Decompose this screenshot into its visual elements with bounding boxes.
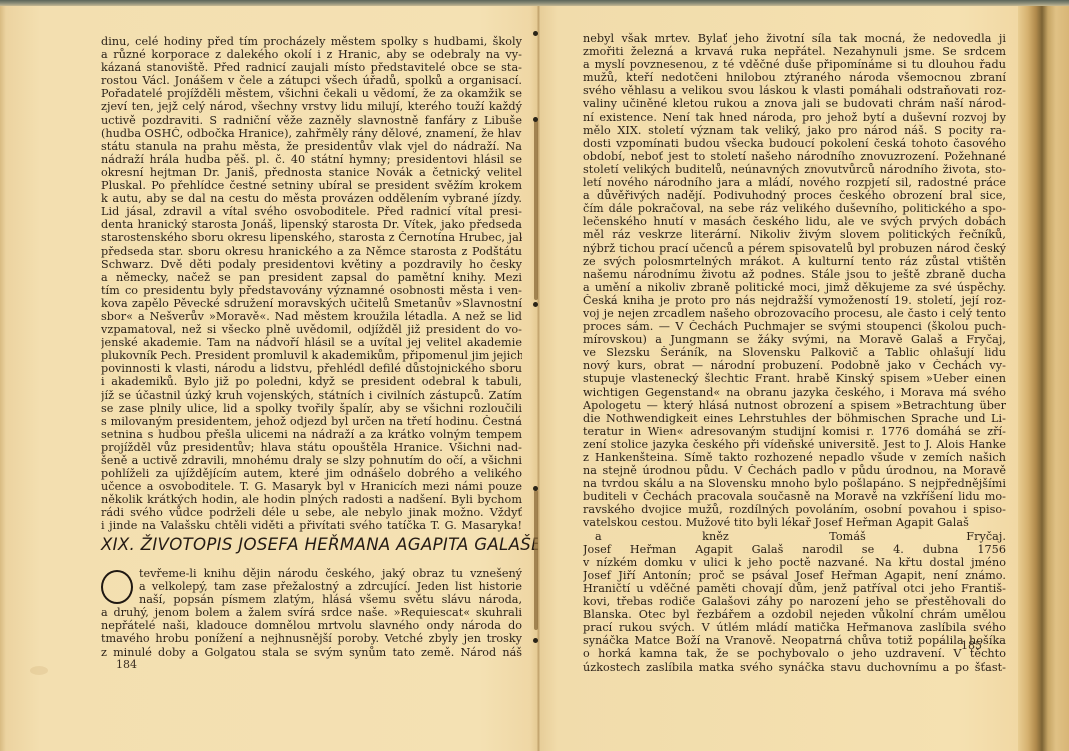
text-line: prací rukou svých. V útlém mládí matička… [583, 621, 1006, 634]
text-line: rostou Václ. Jonášem v čele a zátupci vš… [101, 74, 522, 87]
text-line: teratur in Wien« adresovaným studijní ko… [583, 425, 1006, 438]
text-line: tevřeme-li knihu dějin národu českého, j… [101, 567, 522, 580]
text-line: čím dále pokračoval, na sebe ráz velikéh… [583, 202, 1006, 215]
text-line: valiny učiněné kletou rukou a znova jali… [583, 97, 1006, 110]
text-line: proces sám. — V Čechách Puchmajer se svý… [583, 320, 1006, 333]
text-line: o horká kamna tak, že se pochybovalo o j… [583, 647, 1006, 660]
text-line: ní existence. Není tak hned národa, pro … [583, 111, 1006, 124]
text-line: nýbrž tichou prací učenců a pérem spisov… [583, 242, 1006, 255]
text-line: a různé korporace z dalekého okolí i z H… [101, 48, 522, 61]
text-line: letí nového národního jara a mládí, nové… [583, 176, 1006, 189]
text-line: předseda star. sboru okresu hranického a… [101, 245, 522, 258]
text-line: nepřátelé naši, kladouce domnělou mrtvol… [101, 619, 522, 632]
text-line: měl ráz veskrze literární. Nikoliv živým… [583, 228, 1006, 241]
right-page: nebyl však mrtev. Bylať jeho životní síl… [538, 6, 1018, 751]
text-line: z minulé doby a Golgatou stala se svým s… [101, 646, 522, 659]
text-line: tím co presidentu byly představovány výz… [101, 284, 522, 297]
text-line: a německy, načež se pan president zapsal… [101, 271, 522, 284]
text-line: die Nothwendigkeit eines Lehrstuhles der… [583, 412, 1006, 425]
text-line: wichtigen Gegenstand« na obranu jazyka č… [583, 386, 1006, 399]
text-line: se zase plnily ulice, lid a spolky tvoři… [101, 402, 522, 415]
text-line: okresní hejtman Dr. Janiš, přednosta sta… [101, 166, 522, 179]
text-line: sbor« a Nešverův »Moravě«. Nad městem kr… [101, 310, 522, 323]
text-line: tmavého hrobu ponížení a nejhnusnější po… [101, 632, 522, 645]
binding-thread-hole [533, 31, 538, 36]
text-line: Pořadatelé projížděli městem, všichni če… [101, 87, 522, 100]
binding-thread-hole [533, 638, 538, 643]
text-line: Česká kniha je proto pro nás nejdražší v… [583, 294, 1006, 307]
binding-thread-hole [533, 117, 538, 122]
text-line: Schwarz. Dvě děti podaly presidentovi kv… [101, 258, 522, 271]
text-line: a umění a nikoliv zbraně politické moci,… [583, 281, 1006, 294]
text-line: naší, popsán písmem zlatým, hlásá všemu … [101, 593, 522, 606]
chapter-intro-text: tevřeme-li knihu dějin národu českého, j… [101, 567, 522, 659]
text-line: a myslí povznesenou, z té vděčné duše př… [583, 58, 1006, 71]
text-line: zjeví ten, jejž celý národ, všechny vrst… [101, 100, 522, 113]
text-line: plukovník Pech. President promluvil k ak… [101, 349, 522, 362]
text-line: Hraničtí u vděčné paměti chovají dům, je… [583, 582, 1006, 595]
text-line: učence a osvoboditele. T. G. Masaryk byl… [101, 480, 522, 493]
text-line: setnina s hudbou přešla ulicemi na nádra… [101, 428, 522, 441]
chapter-heading: XIX. ŽIVOTOPIS JOSEFA HEŘMANA AGAPITA GA… [101, 535, 522, 554]
text-line: nádraží hrála hudba pěš. pl. č. 40 státn… [101, 153, 522, 166]
text-line: a druhý, jenom bolem a žalem svírá srdce… [101, 606, 522, 619]
paper-stain [808, 164, 820, 172]
text-line: (hudba OSHČ, odbočka Hranice), zahřměly … [101, 127, 522, 140]
text-line: Lid jásal, zdravil a vítal svého osvobod… [101, 205, 522, 218]
text-line: rádi svého vůdce podrželi déle u sebe, a… [101, 506, 522, 519]
text-line: na stejně úrodnou půdu. V Čechách padlo … [583, 464, 1006, 477]
text-line: kova zapělo Pěvecké sdružení moravských … [101, 297, 522, 310]
text-line: a důvěřivých nadějí. Podivuhodný proces … [583, 189, 1006, 202]
text-line: vzpamatoval, než si všecko plně uvědomil… [101, 323, 522, 336]
text-line: i jinde na Valašsku chtěli viděti a přiv… [101, 519, 522, 532]
text-line: mírovskou) a Jungmann se žáky svými, na … [583, 333, 1006, 346]
text-line: pohlíželi za ujíždějícím autem, které ji… [101, 467, 522, 480]
binding-thread-hole [533, 302, 538, 307]
text-line: dosti vzpomínati budou všecka budoucí po… [583, 137, 1006, 150]
paper-stain [30, 666, 48, 675]
text-line: mělo XIX. století význam tak veliký, jak… [583, 124, 1006, 137]
text-line: povinnosti k vlasti, národu a lidstvu, p… [101, 362, 522, 375]
text-line: Pluskal. Po přehlídce čestné setniny ubí… [101, 179, 522, 192]
left-page-text-before-heading: dinu, celé hodiny před tím procházely mě… [101, 35, 522, 533]
text-line: stupuje vlastenecký šlechtic Frant. hrab… [583, 372, 1006, 385]
text-line: úzkostech zaslíbila matka svého synáčka … [583, 661, 1006, 674]
text-line: Apologetu — který hlásá nutnost obrození… [583, 399, 1006, 412]
text-line: zmořiti železná a krvavá ruka nepřátel. … [583, 45, 1006, 58]
text-line: uctivě pozdraviti. S radniční věže zazně… [101, 114, 522, 127]
text-line: v nízkém domku v ulici k jeho poctě nazv… [583, 556, 1006, 569]
text-line: na tvrdou skálu a na Slovensku mnoho byl… [583, 477, 1006, 490]
text-line: k autu, aby se dal na cestu do města pro… [101, 192, 522, 205]
text-line: lečenského hnutí v masách českého lidu, … [583, 215, 1006, 228]
text-line: projížděl vůz presidentův; hlava státu o… [101, 441, 522, 454]
text-line: i akademiků. Bylo již po poledni, když s… [101, 375, 522, 388]
text-line: buditeli v Čechách pracovala současně na… [583, 490, 1006, 503]
text-line: jíž se účastnil úzký kruh vojenských, st… [101, 389, 522, 402]
page-number-left: 184 [116, 658, 137, 671]
text-line: našemu národnímu životu až podnes. Stále… [583, 268, 1006, 281]
text-line: vatelskou cestou. Mužové tito byli lékař… [583, 516, 1006, 529]
book-spread: dinu, celé hodiny před tím procházely mě… [0, 0, 1069, 751]
text-line: století velikých buditelů, neúnavných zn… [583, 163, 1006, 176]
text-line: ve Slezsku Šeráník, na Slovensku Palkovi… [583, 346, 1006, 359]
text-line: období, neboť jest to století našeho nár… [583, 150, 1006, 163]
right-page-text: nebyl však mrtev. Bylať jeho životní síl… [583, 32, 1006, 674]
text-line: voj je nejen zrcadlem našeho obrozovacíh… [583, 307, 1006, 320]
text-line: svého věhlasu a velikou svou láskou k vl… [583, 84, 1006, 97]
text-line: s milovaným presidentem, jehož odjezd by… [101, 415, 522, 428]
text-line: Josef Jiří Antonín; proč se psával Josef… [583, 569, 1006, 582]
text-line: několik krátkých hodin, ale hodin plných… [101, 493, 522, 506]
text-line: ravského dvojice mužů, rozdílných povolá… [583, 503, 1006, 516]
page-fore-edge [1018, 6, 1069, 751]
text-line: ze svých polosmrtelných mrákot. A kultur… [583, 255, 1006, 268]
text-line: zení stolice jazyka českého při vídeňské… [583, 438, 1006, 451]
text-line: nový kurs, obrat — národní probuzení. Po… [583, 359, 1006, 372]
text-line: mužů, kteří nedotčeni hnilobou ztýraného… [583, 71, 1006, 84]
text-line: kovi, třebas rodiče Galašovi záhy po nar… [583, 595, 1006, 608]
text-line: z Hankenšteina. Símě takto rozhozené nep… [583, 451, 1006, 464]
text-line: nebyl však mrtev. Bylať jeho životní síl… [583, 32, 1006, 45]
text-line: Josef Heřman Agapit Galaš narodil se 4. … [583, 543, 1006, 556]
text-line: dinu, celé hodiny před tím procházely mě… [101, 35, 522, 48]
binding-thread-hole [533, 486, 538, 491]
binding-stitch [534, 120, 538, 300]
text-line: a kněz Tomáš Fryčaj. [583, 530, 1006, 543]
text-line: a velkolepý, tam zase přežalostný a zdrc… [101, 580, 522, 593]
text-line: jenské akademie. Tam na nádvoří hlásil s… [101, 336, 522, 349]
text-line: státu stanula na prahu města, že preside… [101, 140, 522, 153]
text-line: Blanska. Otec byl řezbářem a ozdobil nej… [583, 608, 1006, 621]
binding-stitch [534, 490, 538, 630]
text-line: denta hranický starosta Jonáš, lipenský … [101, 218, 522, 231]
page-number-right: 185 [961, 639, 982, 652]
left-page: dinu, celé hodiny před tím procházely mě… [0, 6, 538, 751]
text-line: synáčka Matce Boží na Vranově. Neopatrná… [583, 634, 1006, 647]
text-line: starostenského sboru okresu lipenského, … [101, 231, 522, 244]
text-line: šeně a uctivě zdravili, mnohému draly se… [101, 454, 522, 467]
text-line: kázaná stanoviště. Před radnicí zaujali … [101, 61, 522, 74]
